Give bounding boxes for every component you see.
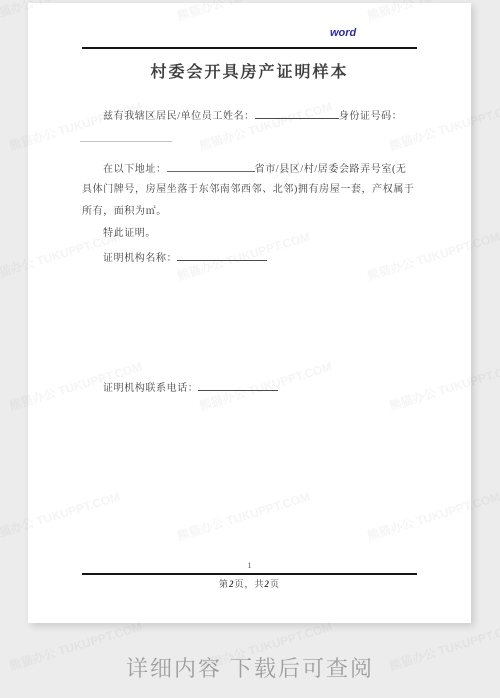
document-preview: 熊猫办公 TUKUPPT.COM熊猫办公 TUKUPPT.COM熊猫办公 TUK… [0, 0, 500, 698]
footer-section-mark: 1 [28, 561, 471, 571]
document-title: 村委会开具房产证明样本 [28, 59, 471, 82]
address-label: 在以下地址： [103, 164, 167, 175]
org-phone-blank-underline [198, 379, 278, 391]
org-phone-label: 证明机构联系电话： [103, 383, 198, 394]
id-label: 身份证号码： [339, 111, 403, 122]
download-hint-text: 详细内容 下载后可查阅 [126, 652, 374, 683]
download-hint-bar[interactable]: 详细内容 下载后可查阅 [0, 636, 500, 698]
paragraph-address-line3: 所有，面积为㎡。 [82, 204, 417, 220]
footer-text-segment: 页，共 [234, 579, 264, 589]
org-name-blank-underline [177, 249, 267, 261]
header-rule [82, 47, 417, 49]
id-blank-underline [80, 129, 172, 142]
paragraph-org-phone: 证明机构联系电话： [82, 379, 438, 395]
footer-page-number: 第2页，共2页 [28, 577, 471, 590]
footer-text-segment: 第 [219, 579, 229, 589]
address-blank-underline [167, 160, 255, 172]
paragraph-address-line1: 在以下地址：省市/县区/村/居委会路弄号室(无 [82, 160, 438, 176]
word-logo: word [330, 27, 356, 39]
paragraph-certify: 特此证明。 [82, 226, 438, 242]
paragraph-name-id: 兹有我辖区居民/单位员工姓名：身份证号码： [82, 107, 438, 123]
address-text: 省市/县区/村/居委会路弄号室(无 [255, 164, 407, 175]
footer-text-segment: 页 [270, 579, 280, 589]
paragraph-address-line2: 具体门牌号，房屋坐落于东邻南邻西邻、北邻)拥有房屋一套，产权属于 [82, 182, 417, 198]
org-name-label: 证明机构名称： [103, 253, 177, 264]
name-blank-underline [255, 107, 339, 119]
name-label: 兹有我辖区居民/单位员工姓名： [103, 111, 255, 122]
paragraph-org-name: 证明机构名称： [82, 249, 438, 265]
footer-rule [82, 573, 417, 575]
document-page: word 村委会开具房产证明样本 兹有我辖区居民/单位员工姓名：身份证号码： 在… [28, 3, 471, 623]
